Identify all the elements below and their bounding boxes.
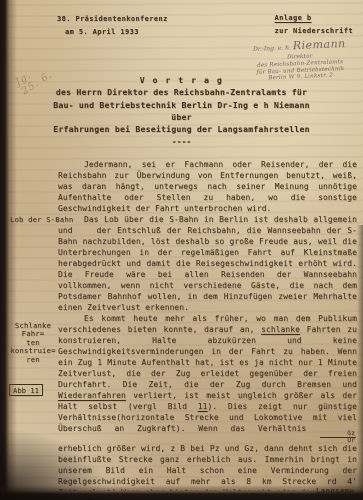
figure-reference-box: Abb 11 [9, 384, 43, 396]
figure-reference-label: Abb 11 [13, 386, 39, 395]
annex-label: Anlage b [275, 12, 353, 25]
paragraph-lob-der-s-bahn: Das Lob über die S-Bahn in Berlin ist de… [58, 214, 357, 313]
conference-header: 38. Präsidentenkonferenz am 5. April 193… [57, 13, 168, 39]
stamp-name: Riemann [293, 37, 346, 52]
margin-note-schlanke-line1: Schlanke Fahr= [6, 322, 60, 339]
annex-subtitle: zur Niederschrift [275, 25, 353, 38]
lecture-byline-2: Bau- und Betriebstechnik Berlin Dr-Ing e… [0, 99, 363, 111]
lecture-ueber: über [0, 111, 363, 123]
lecture-byline-1: des Herrn Direktor des Reichsbahn-Zentra… [0, 86, 363, 98]
title-block: V o r t r a g des Herrn Direktor des Rei… [0, 74, 363, 148]
paragraph-schlanke-fahrten: Es kommt heute mehr als früher, wo man d… [58, 313, 357, 491]
body-text: Jedermann, sei er Fachmann oder Reisende… [58, 159, 357, 491]
conference-title: 38. Präsidentenkonferenz [57, 13, 168, 26]
annex-header: Anlage b zur Niederschrift [275, 12, 353, 38]
margin-note-schlanke-line2: ten konstruie= [6, 339, 60, 356]
lecture-heading: V o r t r a g [0, 74, 363, 86]
margin-note-schlanke-fahrten: Schlanke Fahr= ten konstruie= ren [6, 322, 60, 364]
title-rule: ---- [0, 135, 363, 147]
catchword: Langsam= [316, 486, 354, 495]
stamp-title-prefix: Dr.-Ing. e. h. [253, 44, 291, 53]
lecture-subject: Erfahrungen bei Beseitigung der Langsamf… [0, 123, 363, 135]
scanned-document-page: 38. Präsidentenkonferenz am 5. April 193… [0, 0, 363, 500]
scan-edge-right [357, 225, 363, 500]
margin-note-schlanke-line3: ren [6, 356, 60, 364]
paragraph-introduction: Jedermann, sei er Fachmann oder Reisende… [58, 159, 357, 214]
conference-date: am 5. April 1933 [65, 26, 168, 39]
